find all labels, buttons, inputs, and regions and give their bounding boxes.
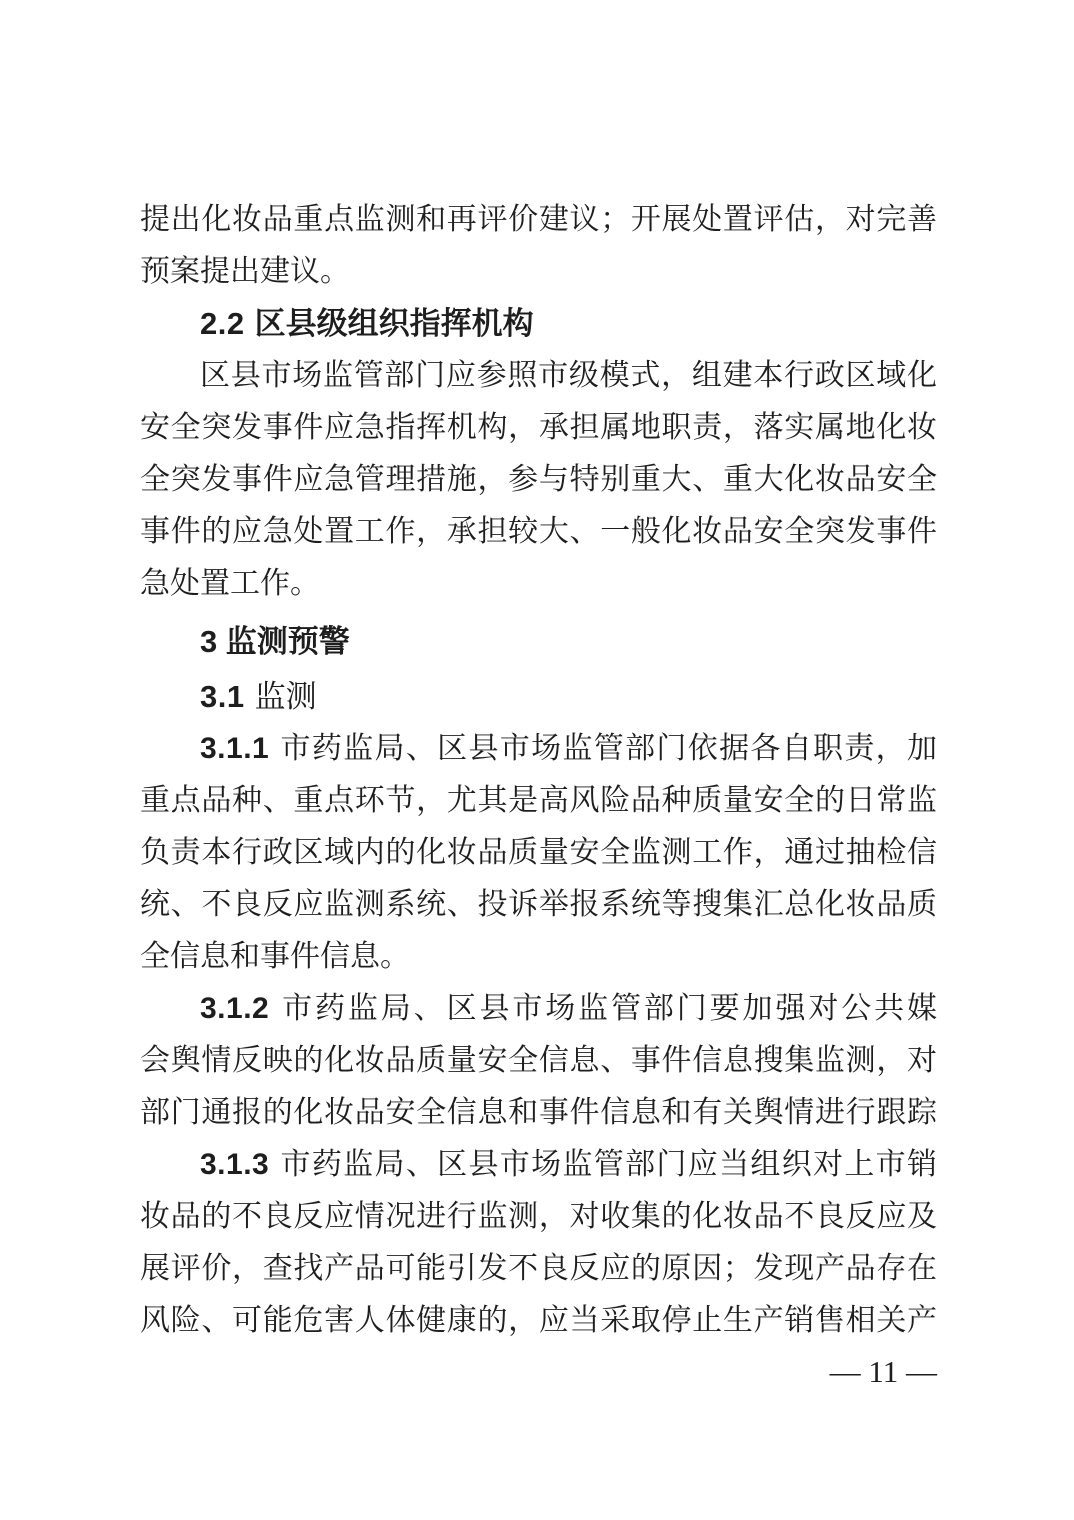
line-text: 监测预警 [226, 624, 350, 659]
section-number: 3.1.2 [200, 992, 279, 1025]
body-text-line: 安全突发事件应急指挥机构，承担属地职责，落实属地化妆品安 [140, 402, 937, 454]
body-text-line: 统、不良反应监测系统、投诉举报系统等搜集汇总化妆品质量安 [140, 879, 937, 931]
body-text-line: 预案提出建议。 [140, 246, 937, 298]
page-number: — 11 — [830, 1352, 937, 1392]
document-text-block: 提出化妆品重点监测和再评价建议；开展处置评估，对完善应急预案提出建议。2.2区县… [140, 194, 937, 1347]
line-text: 妆品的不良反应情况进行监测，对收集的化妆品不良反应及时开 [140, 1200, 937, 1243]
heading-line: 3监测预警 [140, 616, 937, 668]
document-page: 提出化妆品重点监测和再评价建议；开展处置评估，对完善应急预案提出建议。2.2区县… [0, 0, 1074, 1520]
body-text-line: 3.1.3市药监局、区县市场监管部门应当组织对上市销售化 [140, 1139, 937, 1191]
line-text: 区县级组织指挥机构 [255, 306, 534, 341]
line-text: 全突发事件应急管理措施，参与特别重大、重大化妆品安全突发 [140, 463, 937, 506]
body-text-line: 3.1.1市药监局、区县市场监管部门依据各自职责，加强对 [140, 723, 937, 775]
body-text-line: 负责本行政区域内的化妆品质量安全监测工作，通过抽检信息系 [140, 827, 937, 879]
body-text-line: 全突发事件应急管理措施，参与特别重大、重大化妆品安全突发 [140, 454, 937, 506]
body-text-line: 会舆情反映的化妆品质量安全信息、事件信息搜集监测，对其他 [140, 1035, 937, 1087]
body-text-line: 展评价，查找产品可能引发不良反应的原因；发现产品存在安全 [140, 1243, 937, 1295]
section-number: 3.1.3 [200, 1148, 279, 1181]
body-text-line: 部门通报的化妆品安全信息和事件信息和有关舆情进行跟踪监测。 [140, 1087, 937, 1139]
heading-line: 2.2区县级组织指挥机构 [140, 298, 937, 350]
line-text: 预案提出建议。 [140, 255, 350, 288]
line-text: 部门通报的化妆品安全信息和事件信息和有关舆情进行跟踪监测。 [140, 1096, 937, 1139]
section-number: 3.1 [200, 679, 255, 714]
body-text-line: 事件的应急处置工作，承担较大、一般化妆品安全突发事件的应 [140, 506, 937, 558]
heading-line: 3.1监测 [140, 671, 937, 723]
line-text: 风险、可能危害人体健康的，应当采取停止生产销售相关产品、 [140, 1304, 937, 1347]
line-text: 负责本行政区域内的化妆品质量安全监测工作，通过抽检信息系 [140, 836, 937, 879]
line-text: 统、不良反应监测系统、投诉举报系统等搜集汇总化妆品质量安 [140, 888, 937, 931]
line-text: 监测 [255, 679, 317, 714]
line-text: 区县市场监管部门应参照市级模式，组建本行政区域化妆品 [140, 359, 937, 402]
line-text: 提出化妆品重点监测和再评价建议；开展处置评估，对完善应急 [140, 203, 937, 246]
body-text-line: 重点品种、重点环节，尤其是高风险品种质量安全的日常监管， [140, 775, 937, 827]
body-text-line: 风险、可能危害人体健康的，应当采取停止生产销售相关产品、 [140, 1295, 937, 1347]
line-text: 全信息和事件信息。 [140, 940, 410, 973]
section-number: 3 [200, 624, 226, 659]
body-text-line: 提出化妆品重点监测和再评价建议；开展处置评估，对完善应急 [140, 194, 937, 246]
section-number: 2.2 [200, 306, 255, 341]
body-text-line: 3.1.2市药监局、区县市场监管部门要加强对公共媒体、社 [140, 983, 937, 1035]
section-number: 3.1.1 [200, 732, 279, 765]
line-text: 会舆情反映的化妆品质量安全信息、事件信息搜集监测，对其他 [140, 1044, 937, 1087]
line-text: 安全突发事件应急指挥机构，承担属地职责，落实属地化妆品安 [140, 411, 937, 454]
body-text-line: 急处置工作。 [140, 558, 937, 610]
line-text: 展评价，查找产品可能引发不良反应的原因；发现产品存在安全 [140, 1252, 937, 1295]
body-text-line: 妆品的不良反应情况进行监测，对收集的化妆品不良反应及时开 [140, 1191, 937, 1243]
line-text: 事件的应急处置工作，承担较大、一般化妆品安全突发事件的应 [140, 515, 937, 558]
body-text-line: 区县市场监管部门应参照市级模式，组建本行政区域化妆品 [140, 350, 937, 402]
body-text-line: 全信息和事件信息。 [140, 931, 937, 983]
line-text: 重点品种、重点环节，尤其是高风险品种质量安全的日常监管， [140, 784, 937, 827]
line-text: 急处置工作。 [140, 567, 320, 600]
